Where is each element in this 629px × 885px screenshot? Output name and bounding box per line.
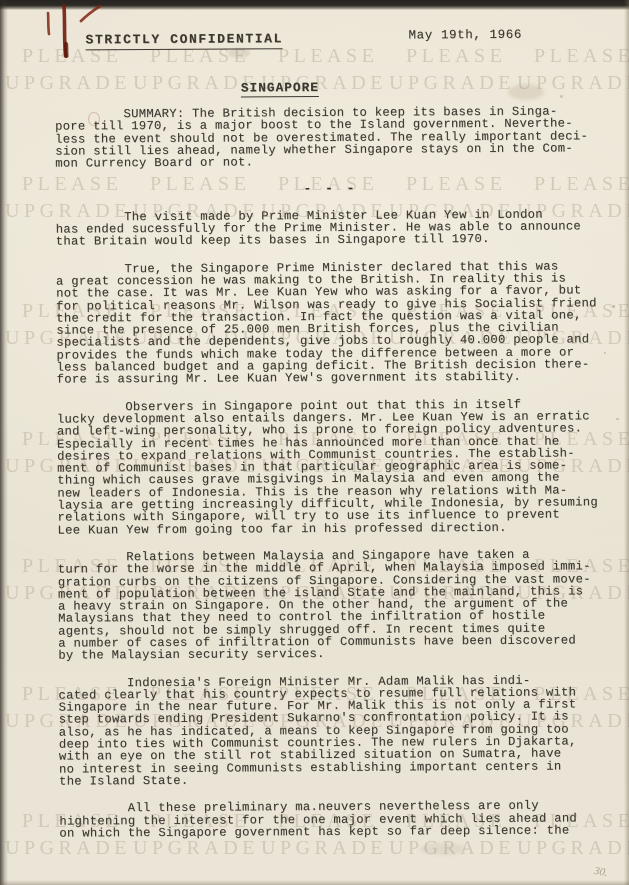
paragraph: True, the Singapore Prime Minister decla… — [56, 260, 609, 386]
document-content: STRICTLY CONFIDENTIAL May 19th, 1966 SIN… — [0, 0, 629, 885]
document-date: May 19th, 1966 — [408, 28, 522, 43]
paragraph: All these preliminary ma.neuvers neverth… — [59, 799, 611, 839]
paragraph: Indonesia's Foreign Minister Mr. Adam Ma… — [58, 674, 611, 788]
classification-stamp: STRICTLY CONFIDENTIAL — [85, 31, 283, 50]
paragraph: Observers in Singapore point out that th… — [57, 398, 610, 537]
document-title: SINGAPORE — [241, 80, 319, 97]
paragraph-summary: SUMMARY: The British decision to keep it… — [55, 105, 607, 170]
paragraph: The visit made by Prime Minister Lee Kua… — [56, 208, 608, 248]
page-number-annotation: 30. — [593, 865, 609, 879]
paragraph: Relations between Malaysia and Singapore… — [58, 548, 611, 662]
document-body: SUMMARY: The British decision to keep it… — [55, 105, 612, 854]
section-separator: - - - — [303, 182, 607, 196]
scanned-document-page: PLEASEPLEASEPLEASEPLEASEPLEASEUPGRADEUPG… — [0, 0, 629, 885]
